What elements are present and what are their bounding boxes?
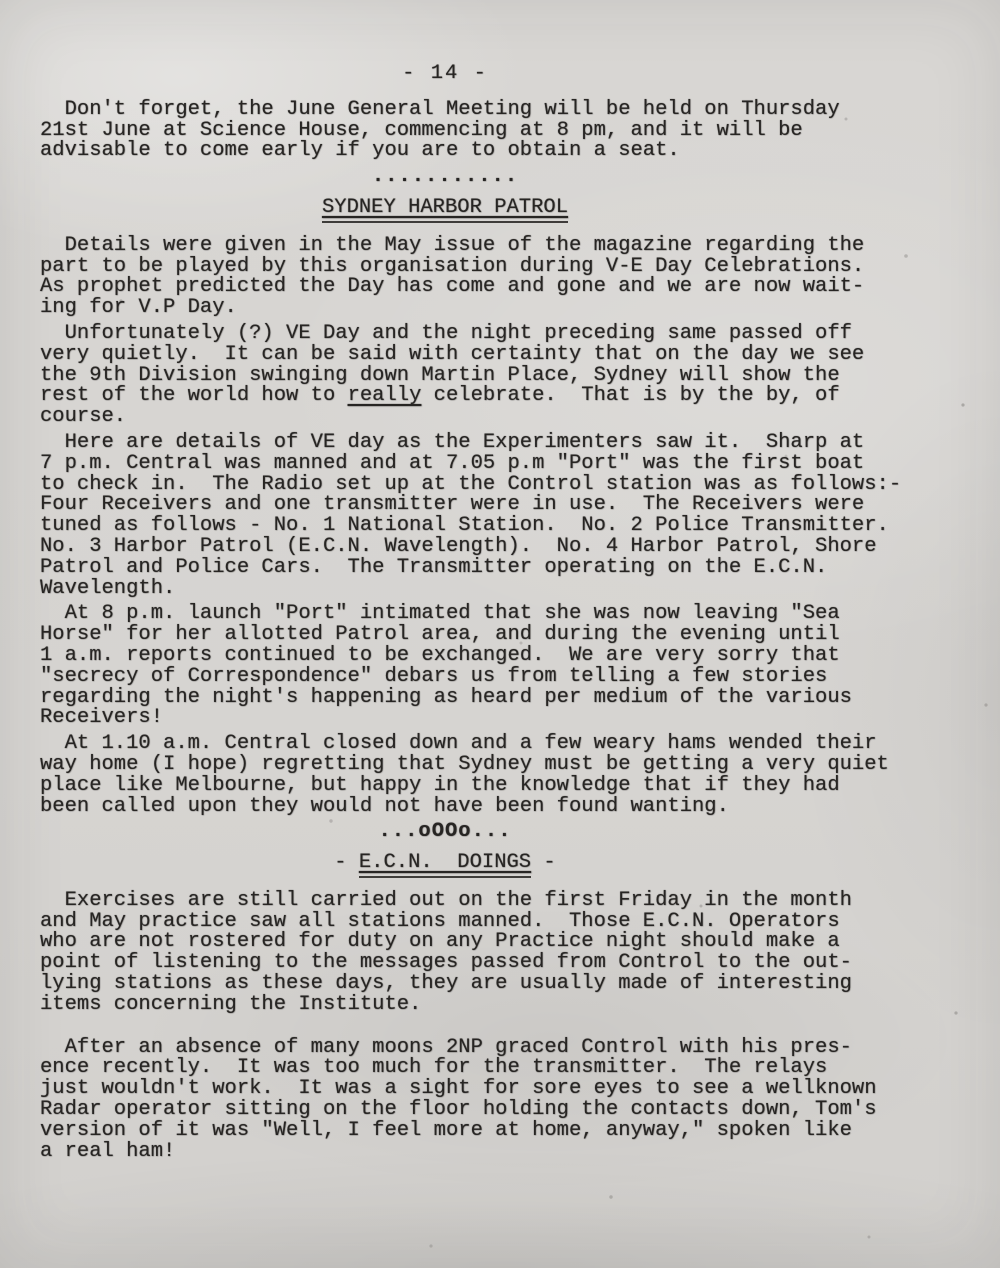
text-line: At 8 p.m. launch "Port" intimated that s… xyxy=(40,604,970,625)
text-line: Here are details of VE day as the Experi… xyxy=(40,433,970,454)
text-line: version of it was "Well, I feel more at … xyxy=(40,1121,970,1142)
text-segment: - xyxy=(531,851,556,874)
text-segment: 7 p.m. Central was manned and at 7.05 p.… xyxy=(40,452,864,475)
text-segment: 1 a.m. reports continued to be exchanged… xyxy=(40,644,840,667)
text-segment: tuned as follows - No. 1 National Statio… xyxy=(40,514,889,537)
text-segment: Exercises are still carried out on the f… xyxy=(40,889,852,912)
shp-paragraph-4: At 8 p.m. launch "Port" intimated that s… xyxy=(40,604,970,729)
text-line: 7 p.m. Central was manned and at 7.05 p.… xyxy=(40,454,970,475)
text-segment: Don't forget, the June General Meeting w… xyxy=(40,98,840,121)
separator-glyphs: ........... xyxy=(372,165,518,188)
text-line: Don't forget, the June General Meeting w… xyxy=(40,100,970,121)
text-segment: lying stations as these days, they are u… xyxy=(40,972,852,995)
text-segment: Four Receivers and one transmitter were … xyxy=(40,493,864,516)
text-segment: At 1.10 a.m. Central closed down and a f… xyxy=(40,732,877,755)
text-line: Details were given in the May issue of t… xyxy=(40,236,970,257)
page-number: - 14 - xyxy=(40,64,850,85)
text-line: "secrecy of Correspondence" debars us fr… xyxy=(40,667,970,688)
text-line: regarding the night's happening as heard… xyxy=(40,688,970,709)
underlined-text: SYDNEY HARBOR PATROL xyxy=(322,196,568,223)
text-line: lying stations as these days, they are u… xyxy=(40,974,970,995)
text-segment: - xyxy=(334,851,359,874)
scan-speckles xyxy=(0,0,2,2)
text-line: Radar operator sitting on the floor hold… xyxy=(40,1100,970,1121)
text-line: Patrol and Police Cars. The Transmitter … xyxy=(40,558,970,579)
text-segment: ing for V.P Day. xyxy=(40,296,237,319)
shp-paragraph-1: Details were given in the May issue of t… xyxy=(40,236,970,319)
underlined-text: really xyxy=(348,384,422,407)
text-line: tuned as follows - No. 1 National Statio… xyxy=(40,516,970,537)
text-segment: course. xyxy=(40,405,126,428)
ecn-paragraph-1: Exercises are still carried out on the f… xyxy=(40,891,970,1016)
text-line: 1 a.m. reports continued to be exchanged… xyxy=(40,646,970,667)
text-segment: As prophet predicted the Day has come an… xyxy=(40,275,864,298)
text-segment: At 8 p.m. launch "Port" intimated that s… xyxy=(40,602,840,625)
text-line: been called upon they would not have bee… xyxy=(40,797,970,818)
text-segment: Receivers! xyxy=(40,706,163,729)
text-segment: a real ham! xyxy=(40,1140,175,1163)
text-segment: advisable to come early if you are to ob… xyxy=(40,139,680,162)
text-line: Exercises are still carried out on the f… xyxy=(40,891,970,912)
text-segment: Here are details of VE day as the Experi… xyxy=(40,431,864,454)
text-segment: "secrecy of Correspondence" debars us fr… xyxy=(40,665,827,688)
text-line: Receivers! xyxy=(40,708,970,729)
text-line: very quietly. It can be said with certai… xyxy=(40,345,970,366)
text-line: place like Melbourne, but happy in the k… xyxy=(40,776,970,797)
ecn-paragraph-2: After an absence of many moons 2NP grace… xyxy=(40,1038,970,1163)
text-line: just wouldn't work. It was a sight for s… xyxy=(40,1079,970,1100)
text-line: At 1.10 a.m. Central closed down and a f… xyxy=(40,734,970,755)
text-segment: Radar operator sitting on the floor hold… xyxy=(40,1098,877,1121)
text-line: point of listening to the messages passe… xyxy=(40,953,970,974)
text-segment: No. 3 Harbor Patrol (E.C.N. Wavelength).… xyxy=(40,535,877,558)
text-line: items concerning the Institute. xyxy=(40,995,970,1016)
ornament-separator: ...oOOo... xyxy=(40,822,850,843)
text-segment: Unfortunately (?) VE Day and the night p… xyxy=(40,322,852,345)
text-line: No. 3 Harbor Patrol (E.C.N. Wavelength).… xyxy=(40,537,970,558)
intro-paragraph: Don't forget, the June General Meeting w… xyxy=(40,100,970,162)
heading-sydney-harbor-patrol: SYDNEY HARBOR PATROL xyxy=(40,198,850,219)
text-line: Unfortunately (?) VE Day and the night p… xyxy=(40,324,970,345)
text-line: way home (I hope) regretting that Sydney… xyxy=(40,755,970,776)
shp-paragraph-2: Unfortunately (?) VE Day and the night p… xyxy=(40,324,970,428)
text-segment: items concerning the Institute. xyxy=(40,993,421,1016)
text-segment: way home (I hope) regretting that Sydney… xyxy=(40,753,889,776)
text-segment: place like Melbourne, but happy in the k… xyxy=(40,774,840,797)
text-line: Wavelength. xyxy=(40,579,970,600)
text-segment: Wavelength. xyxy=(40,577,175,600)
dots-separator: ........... xyxy=(40,167,850,188)
text-segment: point of listening to the messages passe… xyxy=(40,951,852,974)
underlined-text: E.C.N. DOINGS xyxy=(359,851,531,878)
separator-glyphs: ...oOOo... xyxy=(378,820,511,843)
text-line: course. xyxy=(40,407,970,428)
text-segment: Horse" for her allotted Patrol area, and… xyxy=(40,623,840,646)
text-segment: rest of the world how to xyxy=(40,384,348,407)
shp-paragraph-5: At 1.10 a.m. Central closed down and a f… xyxy=(40,734,970,817)
text-line: ing for V.P Day. xyxy=(40,298,970,319)
heading-ecn-doings: - E.C.N. DOINGS - xyxy=(40,853,850,874)
text-line: a real ham! xyxy=(40,1142,970,1163)
shp-paragraph-3: Here are details of VE day as the Experi… xyxy=(40,433,970,599)
text-line: advisable to come early if you are to ob… xyxy=(40,141,970,162)
text-segment: celebrate. That is by the by, of xyxy=(421,384,839,407)
document-body: Don't forget, the June General Meeting w… xyxy=(40,100,970,1163)
text-segment: just wouldn't work. It was a sight for s… xyxy=(40,1077,877,1100)
text-segment: Details were given in the May issue of t… xyxy=(40,234,864,257)
text-segment: Patrol and Police Cars. The Transmitter … xyxy=(40,556,827,579)
text-line: Horse" for her allotted Patrol area, and… xyxy=(40,625,970,646)
text-segment: very quietly. It can be said with certai… xyxy=(40,343,864,366)
text-segment: been called upon they would not have bee… xyxy=(40,795,729,818)
text-line: rest of the world how to really celebrat… xyxy=(40,386,970,407)
scanned-page: - 14 - Don't forget, the June General Me… xyxy=(0,0,1000,1268)
text-segment: version of it was "Well, I feel more at … xyxy=(40,1119,852,1142)
